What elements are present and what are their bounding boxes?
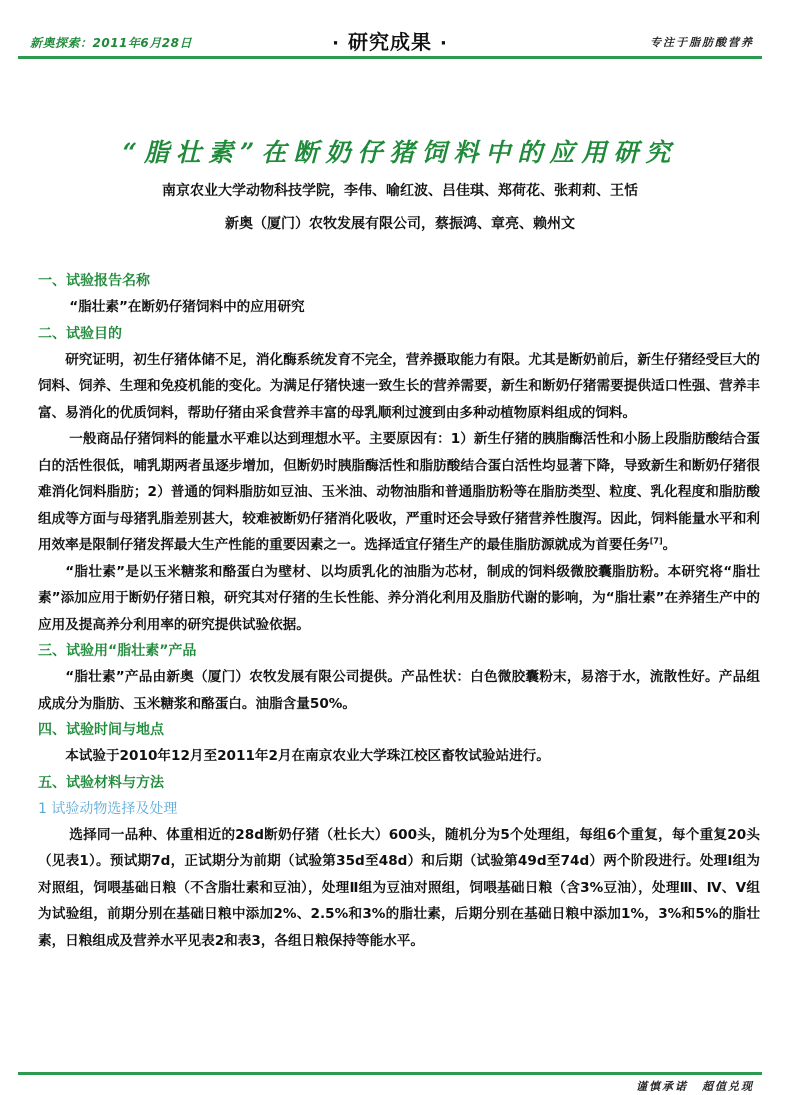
footer-slogan-left: 谨慎承诺 (636, 1080, 688, 1093)
paragraph-with-citation: 一般商品仔猪饲料的能量水平难以达到理想水平。主要原因有：1）新生仔猪的胰脂酶活性… (38, 426, 760, 559)
paragraph: 选择同一品种、体重相近的28d断奶仔猪（杜长大）600头，随机分为5个处理组，每… (38, 822, 760, 955)
header-section-label: 研究成果 (348, 30, 432, 54)
section-heading-product: 三、试验用“脂壮素”产品 (38, 638, 760, 664)
page-header: 新奥探索：2011年6月28日 ·研究成果· 专注于脂肪酸营养 (18, 30, 762, 58)
footer-slogan: 谨慎承诺超值兑现 (636, 1078, 754, 1094)
section-heading-report-name: 一、试验报告名称 (38, 268, 760, 294)
header-dot-left: · (332, 33, 340, 54)
section-heading-time-place: 四、试验时间与地点 (38, 717, 760, 743)
paragraph-text: 一般商品仔猪饲料的能量水平难以达到理想水平。主要原因有：1）新生仔猪的胰脂酶活性… (38, 431, 760, 553)
paragraph-end: 。 (663, 537, 677, 553)
article-body: 一、试验报告名称 “脂壮素”在断奶仔猪饲料中的应用研究 二、试验目的 研究证明，… (38, 268, 760, 954)
paragraph: 研究证明，初生仔猪体储不足，消化酶系统发育不完全，营养摄取能力有限。尤其是断奶前… (38, 347, 760, 427)
header-tagline: 专注于脂肪酸营养 (650, 34, 754, 50)
article-title: “脂壮素”在断奶仔猪饲料中的应用研究 (0, 133, 800, 169)
citation-marker: [7] (650, 536, 663, 545)
header-divider (18, 56, 762, 59)
footer-divider (18, 1072, 762, 1075)
paragraph: 本试验于2010年12月至2011年2月在南京农业大学珠江校区畜牧试验站进行。 (38, 743, 760, 770)
subsection-heading-animals: 1 试验动物选择及处理 (38, 796, 760, 822)
paragraph: “脂壮素”是以玉米糖浆和酪蛋白为壁材、以均质乳化的油脂为芯材，制成的饲料级微胶囊… (38, 559, 760, 639)
footer-slogan-right: 超值兑现 (702, 1080, 754, 1093)
paragraph: “脂壮素”产品由新奥（厦门）农牧发展有限公司提供。产品性状：白色微胶囊粉末，易溶… (38, 664, 760, 717)
section-heading-materials-methods: 五、试验材料与方法 (38, 770, 760, 796)
authors-affiliation-2: 新奥（厦门）农牧发展有限公司，蔡振鸿、章亮、赖州文 (0, 213, 800, 233)
paragraph: “脂壮素”在断奶仔猪饲料中的应用研究 (38, 294, 760, 321)
section-heading-purpose: 二、试验目的 (38, 321, 760, 347)
header-dot-right: · (440, 33, 448, 54)
authors-affiliation-1: 南京农业大学动物科技学院，李伟、喻红波、吕佳琪、郑荷花、张莉莉、王恬 (0, 180, 800, 200)
